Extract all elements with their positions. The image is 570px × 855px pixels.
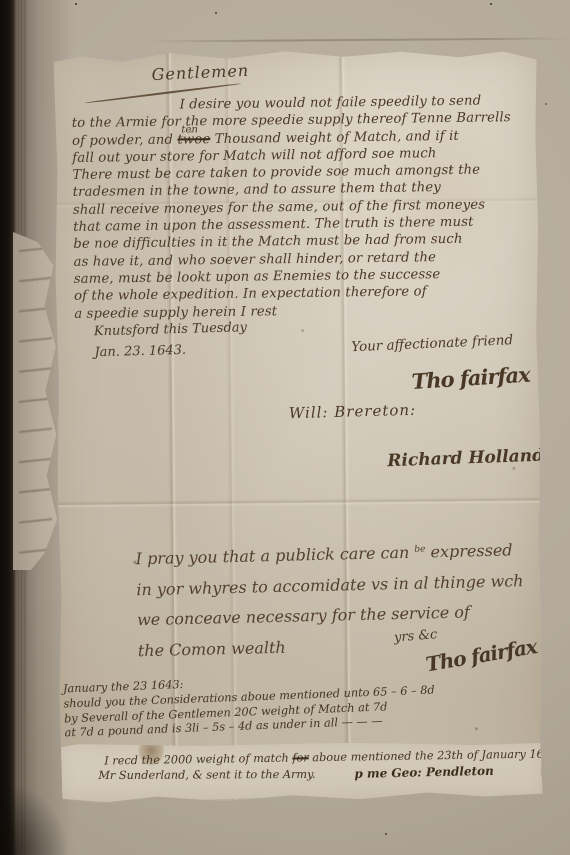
signature-holland: Richard Holland bbox=[387, 446, 544, 472]
dateline: Knutsford this Tuesday Jan. 23. 1643. bbox=[94, 317, 248, 363]
dust-speckles bbox=[75, 3, 77, 5]
manuscript-photo: Gentlemen I desire you would not faile s… bbox=[0, 0, 570, 855]
fold-crease-horizontal bbox=[58, 497, 541, 509]
binding-corner-shadow bbox=[0, 780, 70, 855]
correction: tentwoe bbox=[177, 131, 210, 149]
body-text: of powder, and bbox=[72, 132, 178, 148]
letter-body: I desire you would not faile speedily to… bbox=[71, 92, 513, 323]
ink-smudge bbox=[325, 46, 375, 54]
manuscript-letter-page: Gentlemen I desire you would not faile s… bbox=[53, 47, 543, 805]
receipt-slip: I recd the 2000 weight of match for abou… bbox=[58, 742, 545, 804]
signature-brereton: Will: Brereton: bbox=[289, 401, 417, 422]
receipt-text: aboue mentioned the 23th of January 1643… bbox=[309, 747, 570, 764]
book-binding-edge bbox=[0, 0, 15, 855]
receipt-line: Mr Sunderland, & sent it to the Army. bbox=[98, 768, 315, 782]
date-line: Jan. 23. 1643. bbox=[94, 338, 248, 363]
inserted-word: ten bbox=[181, 121, 198, 139]
accounting-memo: January the 23 1643: should you the Cons… bbox=[63, 669, 436, 742]
receipt-text: I recd the 2000 weight of match bbox=[104, 752, 292, 768]
signature-fairfax: Tho fairfax bbox=[411, 362, 530, 394]
receipt-signoff-pendleton: p me Geo: Pendleton bbox=[354, 764, 494, 781]
place-line: Knutsford this Tuesday bbox=[94, 317, 248, 342]
underlying-page-edge-line bbox=[140, 37, 570, 42]
postscript-text: expressed bbox=[425, 540, 513, 561]
closing-phrase: Your affectionate friend bbox=[351, 332, 513, 355]
body-text: Thousand weight of Match, and if it bbox=[210, 128, 459, 146]
superscript-word: be bbox=[414, 544, 425, 554]
postscript-text: I pray you that a publick care can bbox=[135, 543, 414, 569]
receipt-line: I recd the 2000 weight of match for abou… bbox=[104, 747, 570, 767]
struck-word: for bbox=[292, 751, 309, 764]
salutation: Gentlemen bbox=[151, 61, 249, 84]
